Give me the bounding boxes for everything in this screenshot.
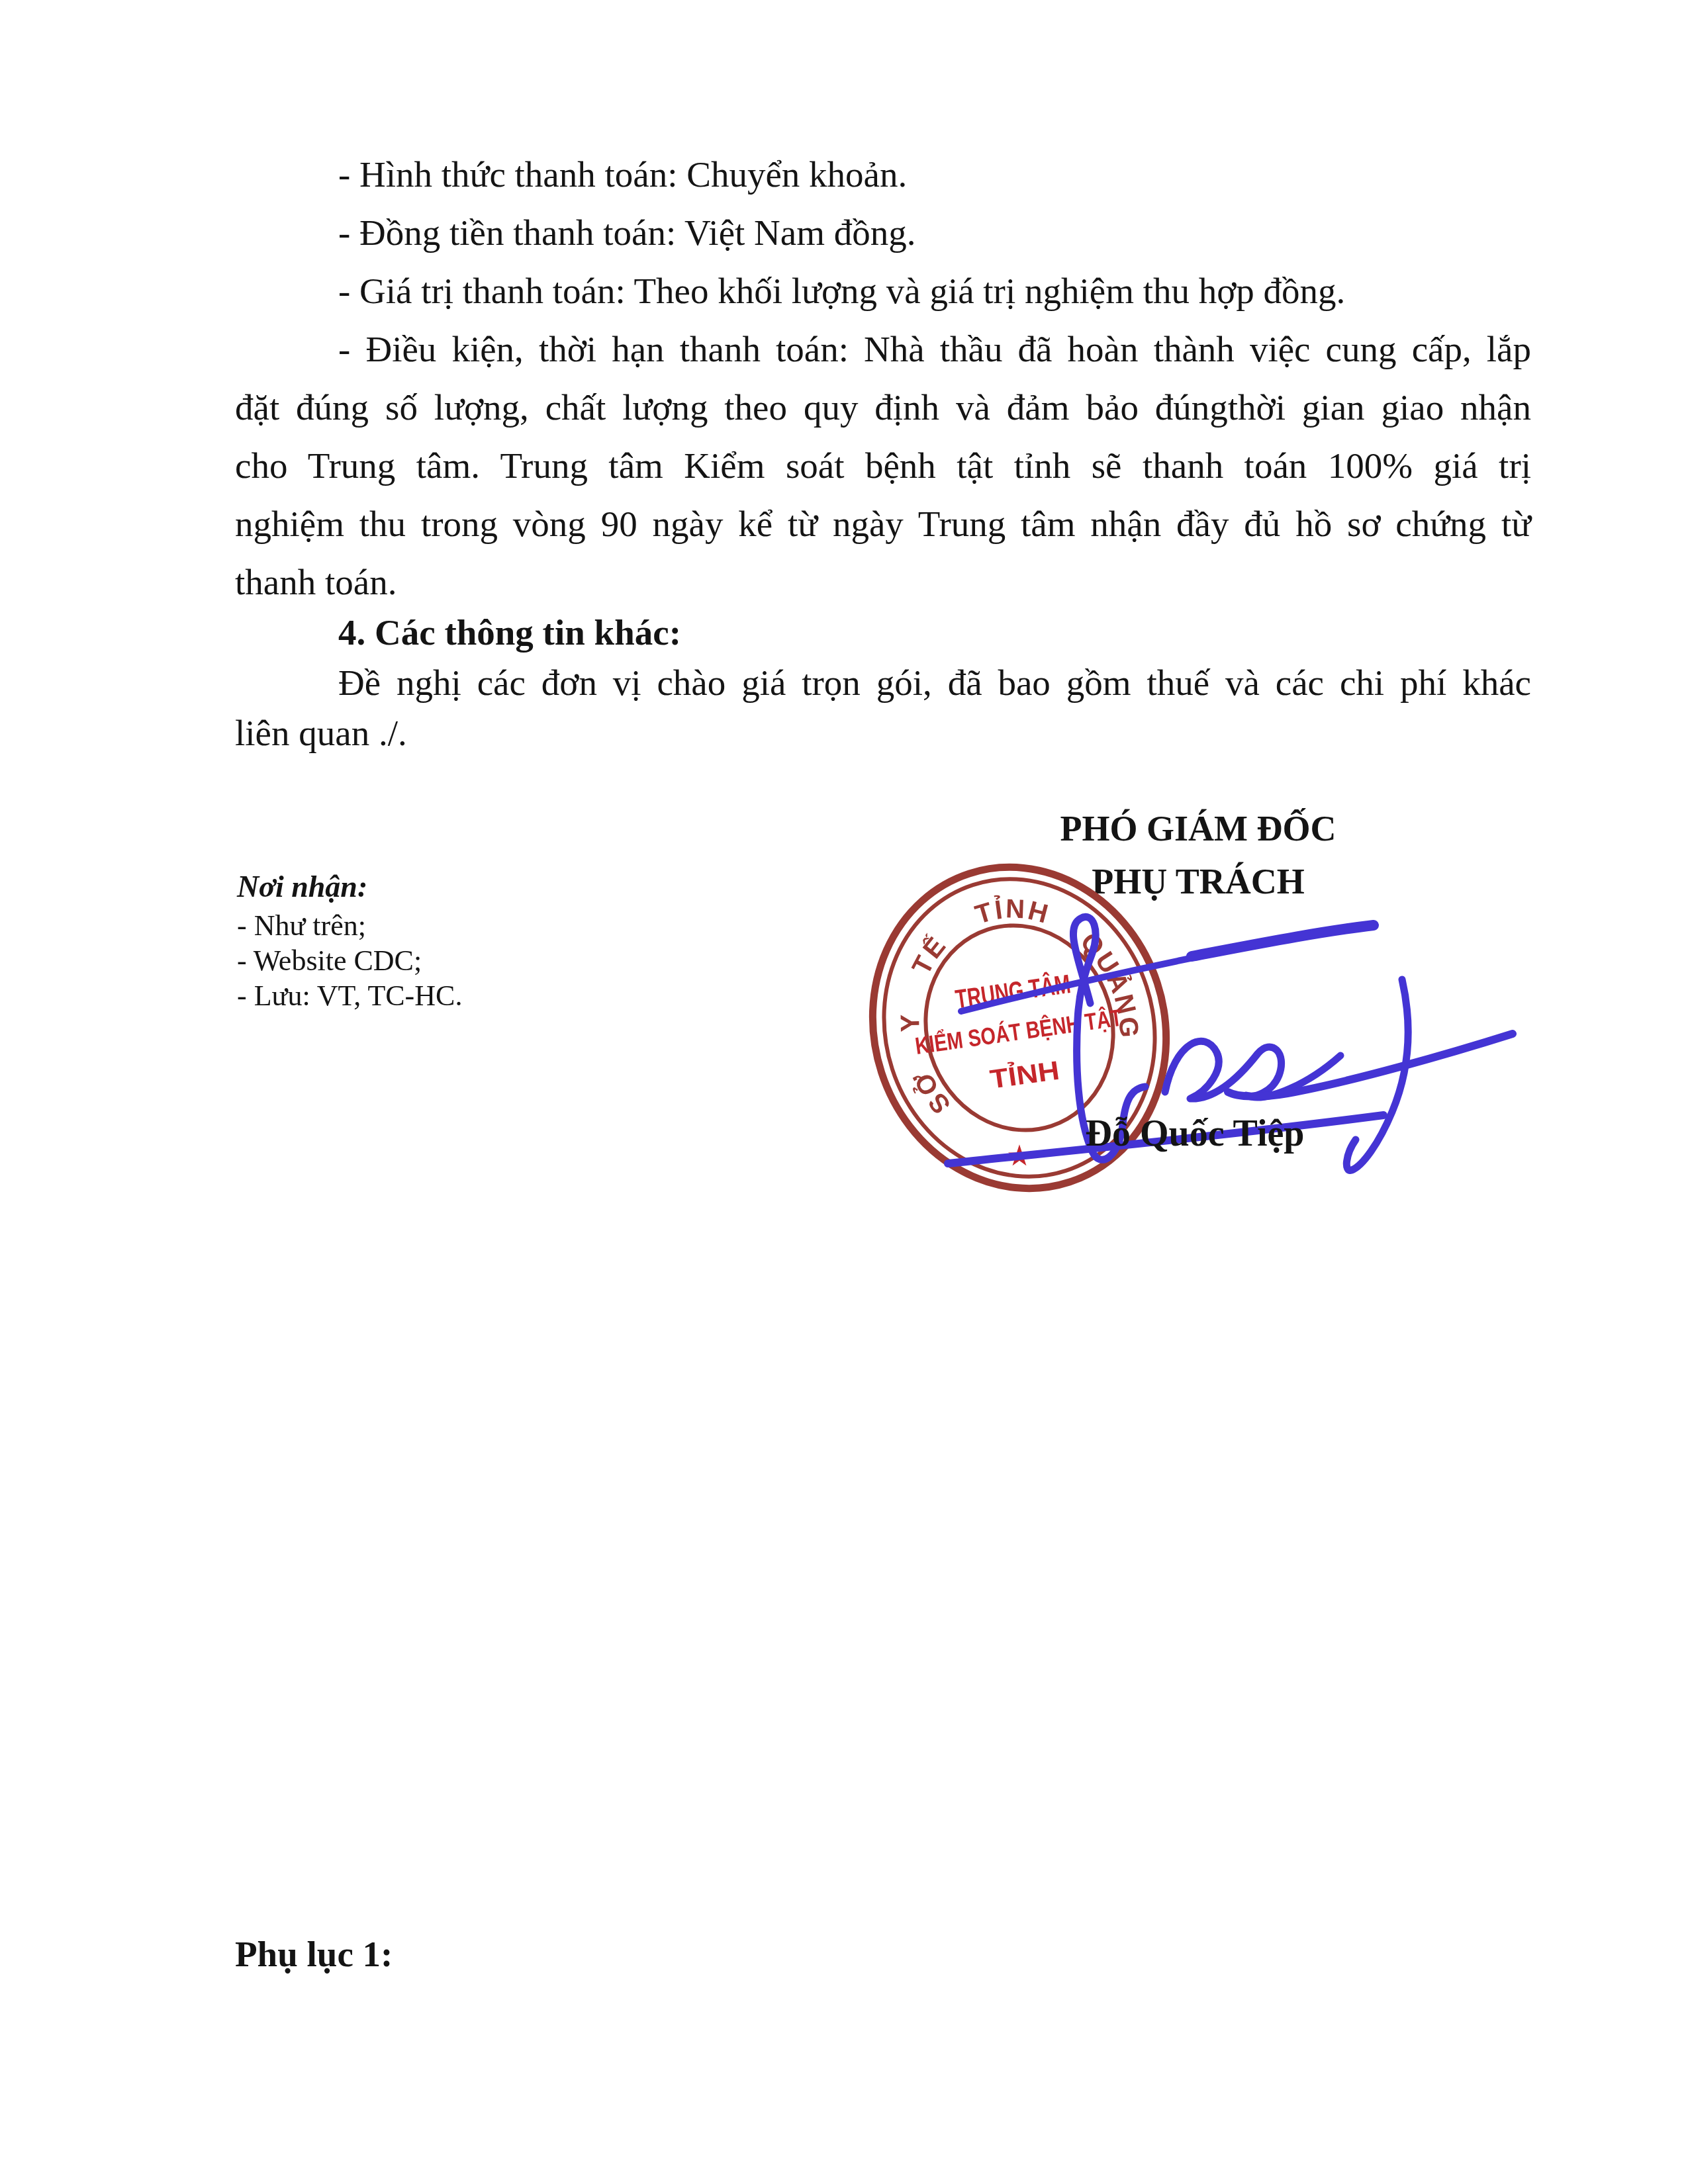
signature-stroke xyxy=(1192,925,1374,956)
section-heading: 4. Các thông tin khác: xyxy=(235,610,1531,656)
document-text-line: nghiệm thu trong vòng 90 ngày kể từ ngày… xyxy=(235,502,1531,547)
document-text-line: - Giá trị thanh toán: Theo khối lượng và… xyxy=(235,269,1531,314)
document-text-line: - Đồng tiền thanh toán: Việt Nam đồng. xyxy=(235,210,1531,256)
document-text-line: - Hình thức thanh toán: Chuyển khoản. xyxy=(235,152,1531,198)
signer-name: Đỗ Quốc Tiệp xyxy=(996,1112,1393,1156)
recipient-item: - Như trên; xyxy=(237,909,366,944)
recipients-heading: Nơi nhận: xyxy=(237,868,367,905)
document-text-line: thanh toán. xyxy=(235,560,1531,606)
signer-title-line: PHÓ GIÁM ĐỐC xyxy=(980,807,1417,850)
document-text-line: Đề nghị các đơn vị chào giá trọn gói, đã… xyxy=(235,660,1531,706)
document-text-line: liên quan ./. xyxy=(235,711,1531,756)
page: { "colors": { "text": "#141414", "ink": … xyxy=(0,0,1688,2184)
document-text-line: cho Trung tâm. Trung tâm Kiểm soát bệnh … xyxy=(235,443,1531,489)
document-text-line: đặt đúng số lượng, chất lượng theo quy đ… xyxy=(235,385,1531,431)
recipient-item: - Lưu: VT, TC-HC. xyxy=(237,979,462,1014)
document-text-line: - Điều kiện, thời hạn thanh toán: Nhà th… xyxy=(235,327,1531,373)
appendix-heading: Phụ lục 1: xyxy=(235,1933,393,1976)
recipient-item: - Website CDC; xyxy=(237,944,422,979)
